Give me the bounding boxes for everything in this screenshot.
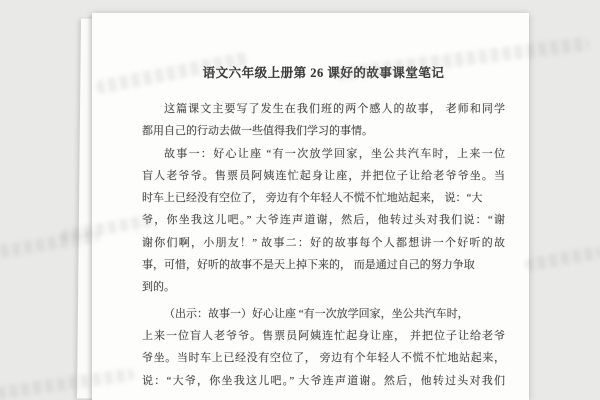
text-line: 上来一位盲人老爷爷。售票员阿姨连忙起身让座， 并把位子让给老爷 [142,325,505,347]
page-content: 语文六年级上册第 26 课好的故事课堂笔记 这篇课文主要写了发生在我们班的两个感… [92,13,529,400]
text-line: 都用自己的行动去做一些值得我们学习的事情。 [142,120,505,142]
text-line: 爷，你坐我这儿吧。” 大爷连声道谢，然后，他转过头对我们说：“谢 [142,209,505,231]
text-line: 爷坐。当时车上已经没有空位了， 旁边有个年轻人不慌不忙地站起来， [142,347,505,369]
text-line: 事，可惜，好听的故事不是天上掉下来的， 而是通过自己的努力争取 [142,254,505,276]
paragraph-chushi: （出示：故事一）好心让座 “有一次放学回家，坐公共汽车时， 上来一位盲人老爷爷。… [142,303,505,392]
text-line: 盲人老爷爷。售票员阿姨连忙起身让座，并把位子让给老爷爷坐。当 [142,165,505,187]
document-page: 语文六年级上册第 26 课好的故事课堂笔记 这篇课文主要写了发生在我们班的两个感… [92,13,529,400]
text-line: 这篇课文主要写了发生在我们班的两个感人的故事， 老师和同学 [142,98,505,120]
text-line: 谢你们啊，小朋友！” 故事二：好的故事每个人都想讲一个好听的故 [142,232,505,254]
text-line: 故事一：好心让座 “有一次放学回家，坐公共汽车时，上来一位 [142,143,505,165]
text-line: 说：“大爷，你坐我这儿吧。” 大爷连声道谢。然后，他转过头对我们 [142,370,505,392]
watermark [524,245,600,271]
document-title: 语文六年级上册第 26 课好的故事课堂笔记 [116,63,531,83]
text-line: 到的。 [142,276,505,298]
paragraph-summary: 这篇课文主要写了发生在我们班的两个感人的故事， 老师和同学 都用自己的行动去做一… [142,98,505,143]
text-line: （出示：故事一）好心让座 “有一次放学回家，坐公共汽车时， [142,303,505,325]
paragraph-story-one: 故事一：好心让座 “有一次放学回家，坐公共汽车时，上来一位 盲人老爷爷。售票员阿… [142,143,505,299]
text-line: 时车上已经没有空位了， 旁边有个年轻人不慌不忙地站起来， 说：“大 [142,187,505,209]
scan-background: 语文六年级上册第 26 课好的故事课堂笔记 这篇课文主要写了发生在我们班的两个感… [0,0,600,400]
